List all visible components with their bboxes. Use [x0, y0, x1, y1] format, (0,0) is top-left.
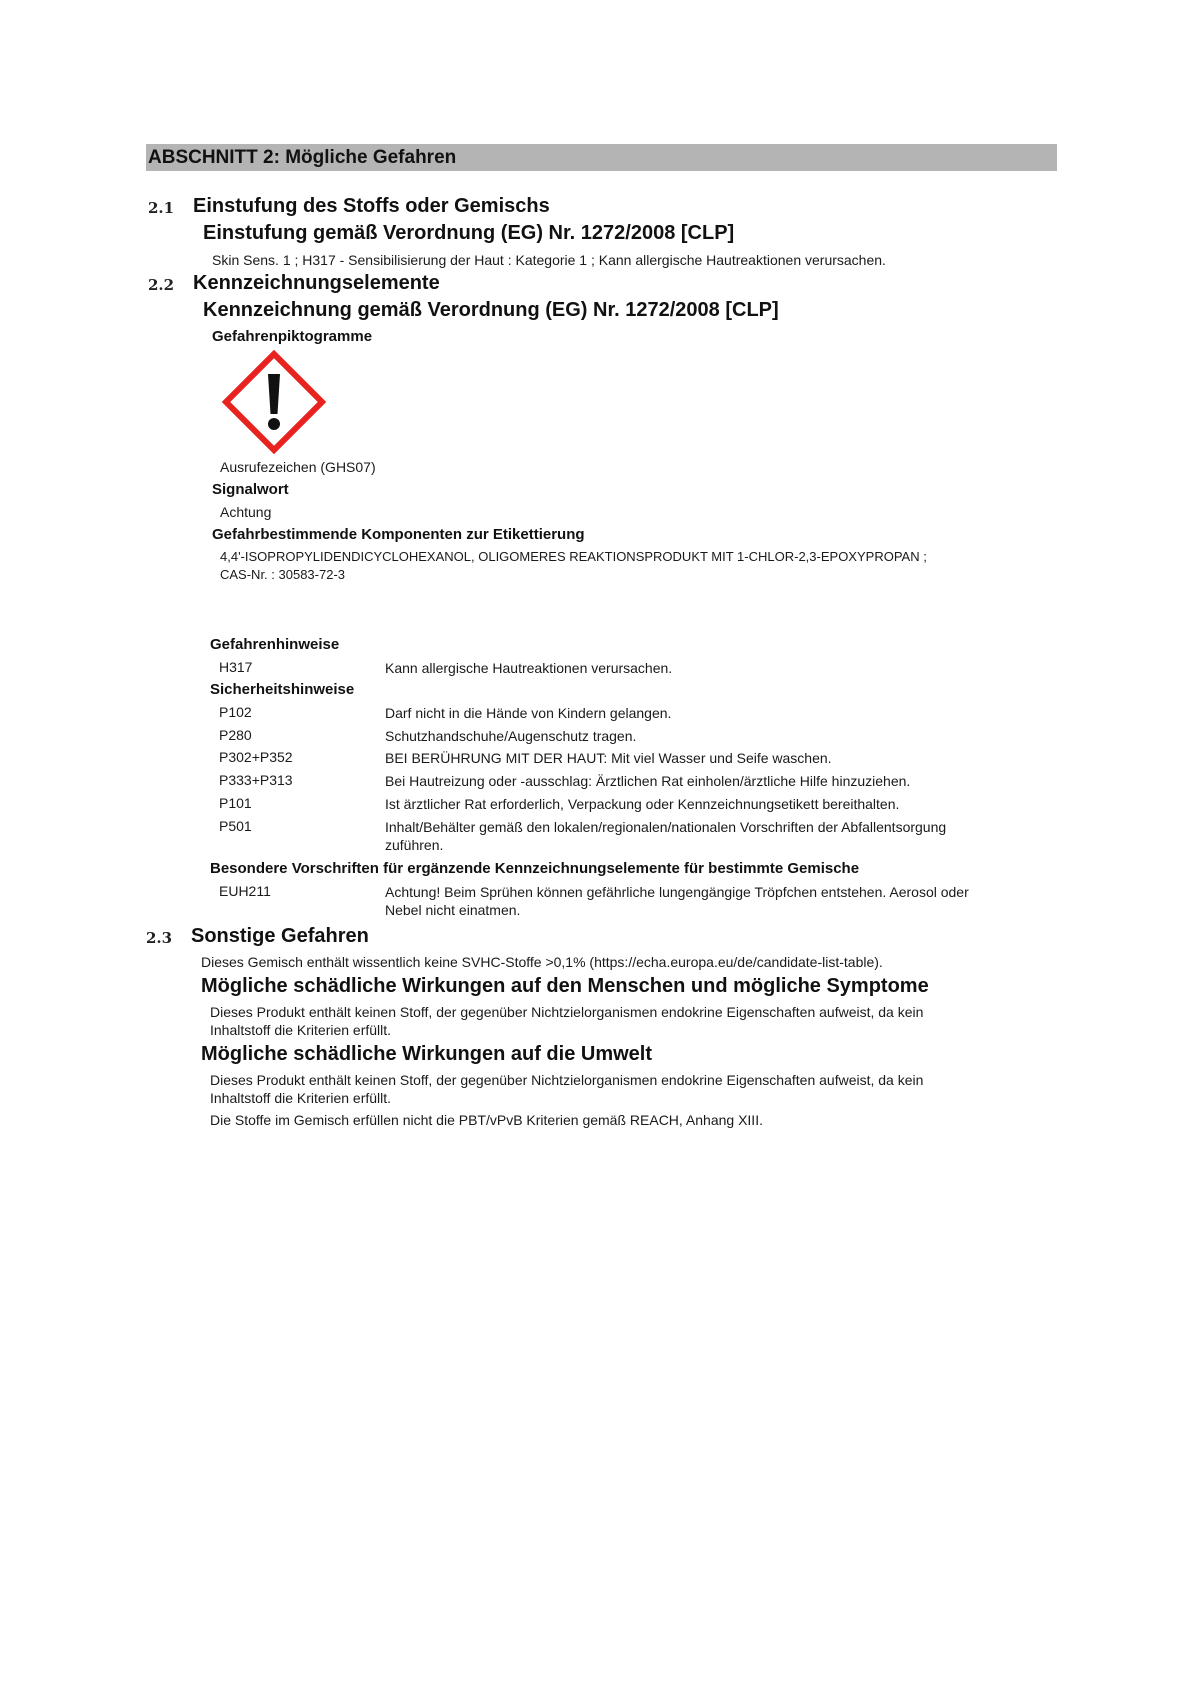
- section-header: ABSCHNITT 2: Mögliche Gefahren: [146, 144, 1057, 171]
- human-effects-line-1: Dieses Produkt enthält keinen Stoff, der…: [210, 1003, 923, 1021]
- precaution-text-cont: zuführen.: [385, 836, 443, 854]
- heading-kennzeichnungselemente: Kennzeichnungselemente: [193, 272, 440, 295]
- precaution-text: Darf nicht in die Hände von Kindern gela…: [385, 704, 671, 722]
- special-text: Achtung! Beim Sprühen können gefährliche…: [385, 883, 969, 901]
- subheading-environment-effects: Mögliche schädliche Wirkungen auf die Um…: [201, 1043, 652, 1066]
- pictograms-label: Gefahrenpiktogramme: [212, 328, 372, 345]
- subheading-human-effects: Mögliche schädliche Wirkungen auf den Me…: [201, 975, 929, 998]
- section-title: ABSCHNITT 2: Mögliche Gefahren: [148, 147, 456, 169]
- section-number-2-3: 2.3: [146, 929, 172, 947]
- precautionary-statements-label: Sicherheitshinweise: [210, 681, 354, 698]
- precaution-text: Schutzhandschuhe/Augenschutz tragen.: [385, 727, 636, 745]
- svhc-text: Dieses Gemisch enthält wissentlich keine…: [201, 953, 883, 971]
- subheading-einstufung-clp: Einstufung gemäß Verordnung (EG) Nr. 127…: [203, 222, 734, 245]
- environment-effects-line-2: Inhaltstoff die Kriterien erfüllt.: [210, 1089, 391, 1107]
- section-number-2-1: 2.1: [148, 199, 174, 217]
- section-number-2-2: 2.2: [148, 276, 174, 294]
- precaution-code: P101: [219, 795, 252, 811]
- environment-effects-line-3: Die Stoffe im Gemisch erfüllen nicht die…: [210, 1111, 763, 1129]
- precaution-code: P302+P352: [219, 749, 293, 765]
- hazard-code: H317: [219, 659, 252, 675]
- components-line-1: 4,4'-ISOPROPYLIDENDICYCLOHEXANOL, OLIGOM…: [220, 548, 927, 566]
- hazard-statements-label: Gefahrenhinweise: [210, 636, 339, 653]
- components-cas: CAS-Nr. : 30583-72-3: [220, 566, 345, 584]
- signal-word-label: Signalwort: [212, 481, 289, 498]
- heading-einstufung: Einstufung des Stoffs oder Gemischs: [193, 195, 550, 218]
- special-text-cont: Nebel nicht einatmen.: [385, 901, 520, 919]
- classification-text: Skin Sens. 1 ; H317 - Sensibilisierung d…: [212, 251, 886, 269]
- precaution-text: BEI BERÜHRUNG MIT DER HAUT: Mit viel Was…: [385, 749, 832, 767]
- precaution-code: P333+P313: [219, 772, 293, 788]
- precaution-code: P280: [219, 727, 252, 743]
- precaution-text: Bei Hautreizung oder -ausschlag: Ärztlic…: [385, 772, 910, 790]
- special-code: EUH211: [219, 883, 271, 899]
- components-label: Gefahrbestimmende Komponenten zur Etiket…: [212, 526, 585, 543]
- precaution-text: Ist ärztlicher Rat erforderlich, Verpack…: [385, 795, 899, 813]
- signal-word: Achtung: [220, 503, 271, 521]
- precaution-text: Inhalt/Behälter gemäß den lokalen/region…: [385, 818, 946, 836]
- subheading-kennzeichnung-clp: Kennzeichnung gemäß Verordnung (EG) Nr. …: [203, 299, 779, 322]
- hazard-text: Kann allergische Hautreaktionen verursac…: [385, 659, 672, 677]
- human-effects-line-2: Inhaltstoff die Kriterien erfüllt.: [210, 1021, 391, 1039]
- precaution-code: P501: [219, 818, 252, 834]
- precaution-code: P102: [219, 704, 252, 720]
- special-provisions-label: Besondere Vorschriften für ergänzende Ke…: [210, 860, 859, 877]
- environment-effects-line-1: Dieses Produkt enthält keinen Stoff, der…: [210, 1071, 923, 1089]
- heading-sonstige-gefahren: Sonstige Gefahren: [191, 925, 369, 948]
- pictogram-caption: Ausrufezeichen (GHS07): [220, 458, 376, 476]
- exclamation-mark-diamond-icon: [222, 350, 326, 454]
